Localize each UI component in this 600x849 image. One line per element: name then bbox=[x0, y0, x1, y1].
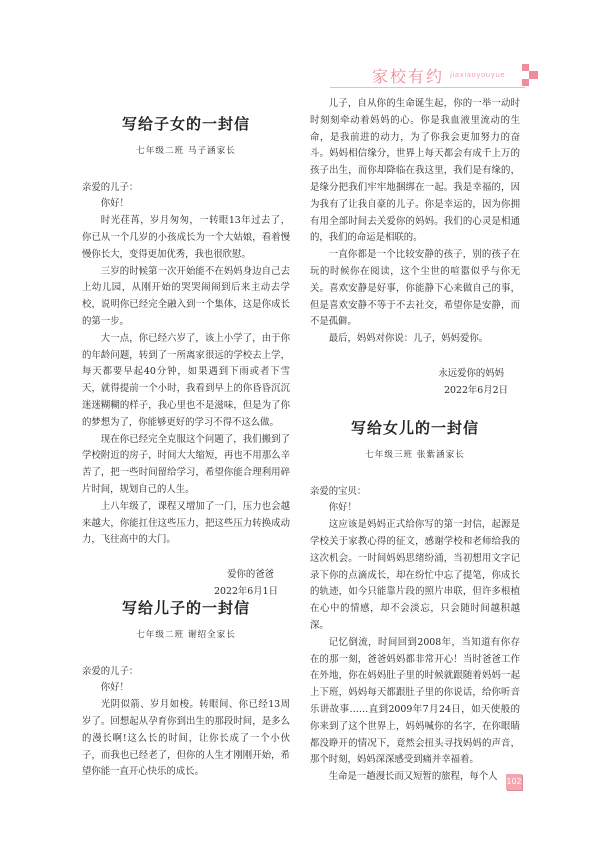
letter-signature: 永远爱你的妈妈 bbox=[310, 366, 504, 383]
letter-title: 写给女儿的一封信 bbox=[310, 420, 520, 437]
section-logo-icon bbox=[522, 64, 538, 86]
letter-greeting: 你好！ bbox=[310, 500, 520, 517]
letter-paragraph: 大一点，你已经六岁了，该上小学了，由于你的年龄问题，转到了一所离家很远的学校去上… bbox=[82, 331, 290, 432]
letter-paragraph: 现在你已经完全克服这个问题了，我们搬到了学校附近的房子，时间大大缩短，再也不用那… bbox=[82, 432, 290, 499]
letter-salutation: 亲爱的儿子： bbox=[82, 180, 290, 197]
letter-greeting: 你好！ bbox=[82, 680, 290, 697]
letter-paragraph: 这应该是妈妈正式给你写的第一封信，起源是学校关于家教心得的征文，感谢学校和老师给… bbox=[310, 517, 520, 635]
letter-paragraph: 上八年级了，课程又增加了一门，压力也会越来越大，你能扛住这些压力，把这些压力转换… bbox=[82, 499, 290, 549]
letter-1: 写给子女的一封信 七年级二班 马子涵家长 亲爱的儿子： 你好！ 时光荏苒，岁月匆… bbox=[82, 116, 290, 601]
letter-2: 写给儿子的一封信 七年级二班 谢绍全家长 亲爱的儿子： 你好！ 光阴似箭、岁月如… bbox=[82, 600, 290, 781]
letter-3: 写给女儿的一封信 七年级三班 张紫涵家长 亲爱的宝贝： 你好！ 这应该是妈妈正式… bbox=[310, 420, 520, 786]
letter-2-continued: 儿子，自从你的生命诞生起，你的一举一动时时刻刻牵动着妈妈的心。你是我血液里流动的… bbox=[310, 96, 520, 400]
letter-greeting: 你好！ bbox=[82, 196, 290, 213]
letter-paragraph: 一直你都是一个比较安静的孩子，别的孩子在玩的时候你在阅读，这个尘世的喧嚣似乎与你… bbox=[310, 247, 520, 331]
letter-signature: 爱你的爸爸 bbox=[82, 567, 274, 584]
page-number: 102 bbox=[506, 774, 522, 790]
letter-paragraph: 最后，妈妈对你说：儿子，妈妈爱你。 bbox=[310, 331, 520, 348]
letter-title: 写给子女的一封信 bbox=[82, 116, 290, 133]
letter-paragraph: 三岁的时候第一次开始能不在妈妈身边自己去上幼儿园，从刚开始的哭哭闹闹到后来主动去… bbox=[82, 264, 290, 331]
letter-salutation: 亲爱的宝贝： bbox=[310, 484, 520, 501]
letter-paragraph: 生命是一趟漫长而又短暂的旅程，每个人 bbox=[310, 769, 520, 786]
letter-date: 2022年6月2日 bbox=[310, 383, 508, 400]
section-title: 家校有约 bbox=[372, 64, 444, 87]
letter-paragraph: 光阴似箭、岁月如梭。转眼间、你已经13周岁了。回想起从孕育你到出生的那段时间，是… bbox=[82, 697, 290, 781]
section-header: 家校有约 jiaxiaoyouyue bbox=[350, 62, 550, 90]
header-divider bbox=[330, 87, 525, 88]
letter-author: 七年级二班 马子涵家长 bbox=[82, 143, 290, 160]
letter-paragraph: 记忆倒流，时间回到2008年，当知道有你存在的那一刻，爸爸妈妈都非常开心！当时爸… bbox=[310, 635, 520, 769]
letter-paragraph: 儿子，自从你的生命诞生起，你的一举一动时时刻刻牵动着妈妈的心。你是我血液里流动的… bbox=[310, 96, 520, 247]
letter-author: 七年级二班 谢绍全家长 bbox=[82, 627, 290, 644]
letter-author: 七年级三班 张紫涵家长 bbox=[310, 447, 520, 464]
section-pinyin: jiaxiaoyouyue bbox=[450, 71, 505, 79]
letter-salutation: 亲爱的儿子： bbox=[82, 664, 290, 681]
letter-title: 写给儿子的一封信 bbox=[82, 600, 290, 617]
letter-paragraph: 时光荏苒，岁月匆匆，一转眼13年过去了，你已从一个几岁的小孩成长为一个大姑娘，看… bbox=[82, 213, 290, 263]
